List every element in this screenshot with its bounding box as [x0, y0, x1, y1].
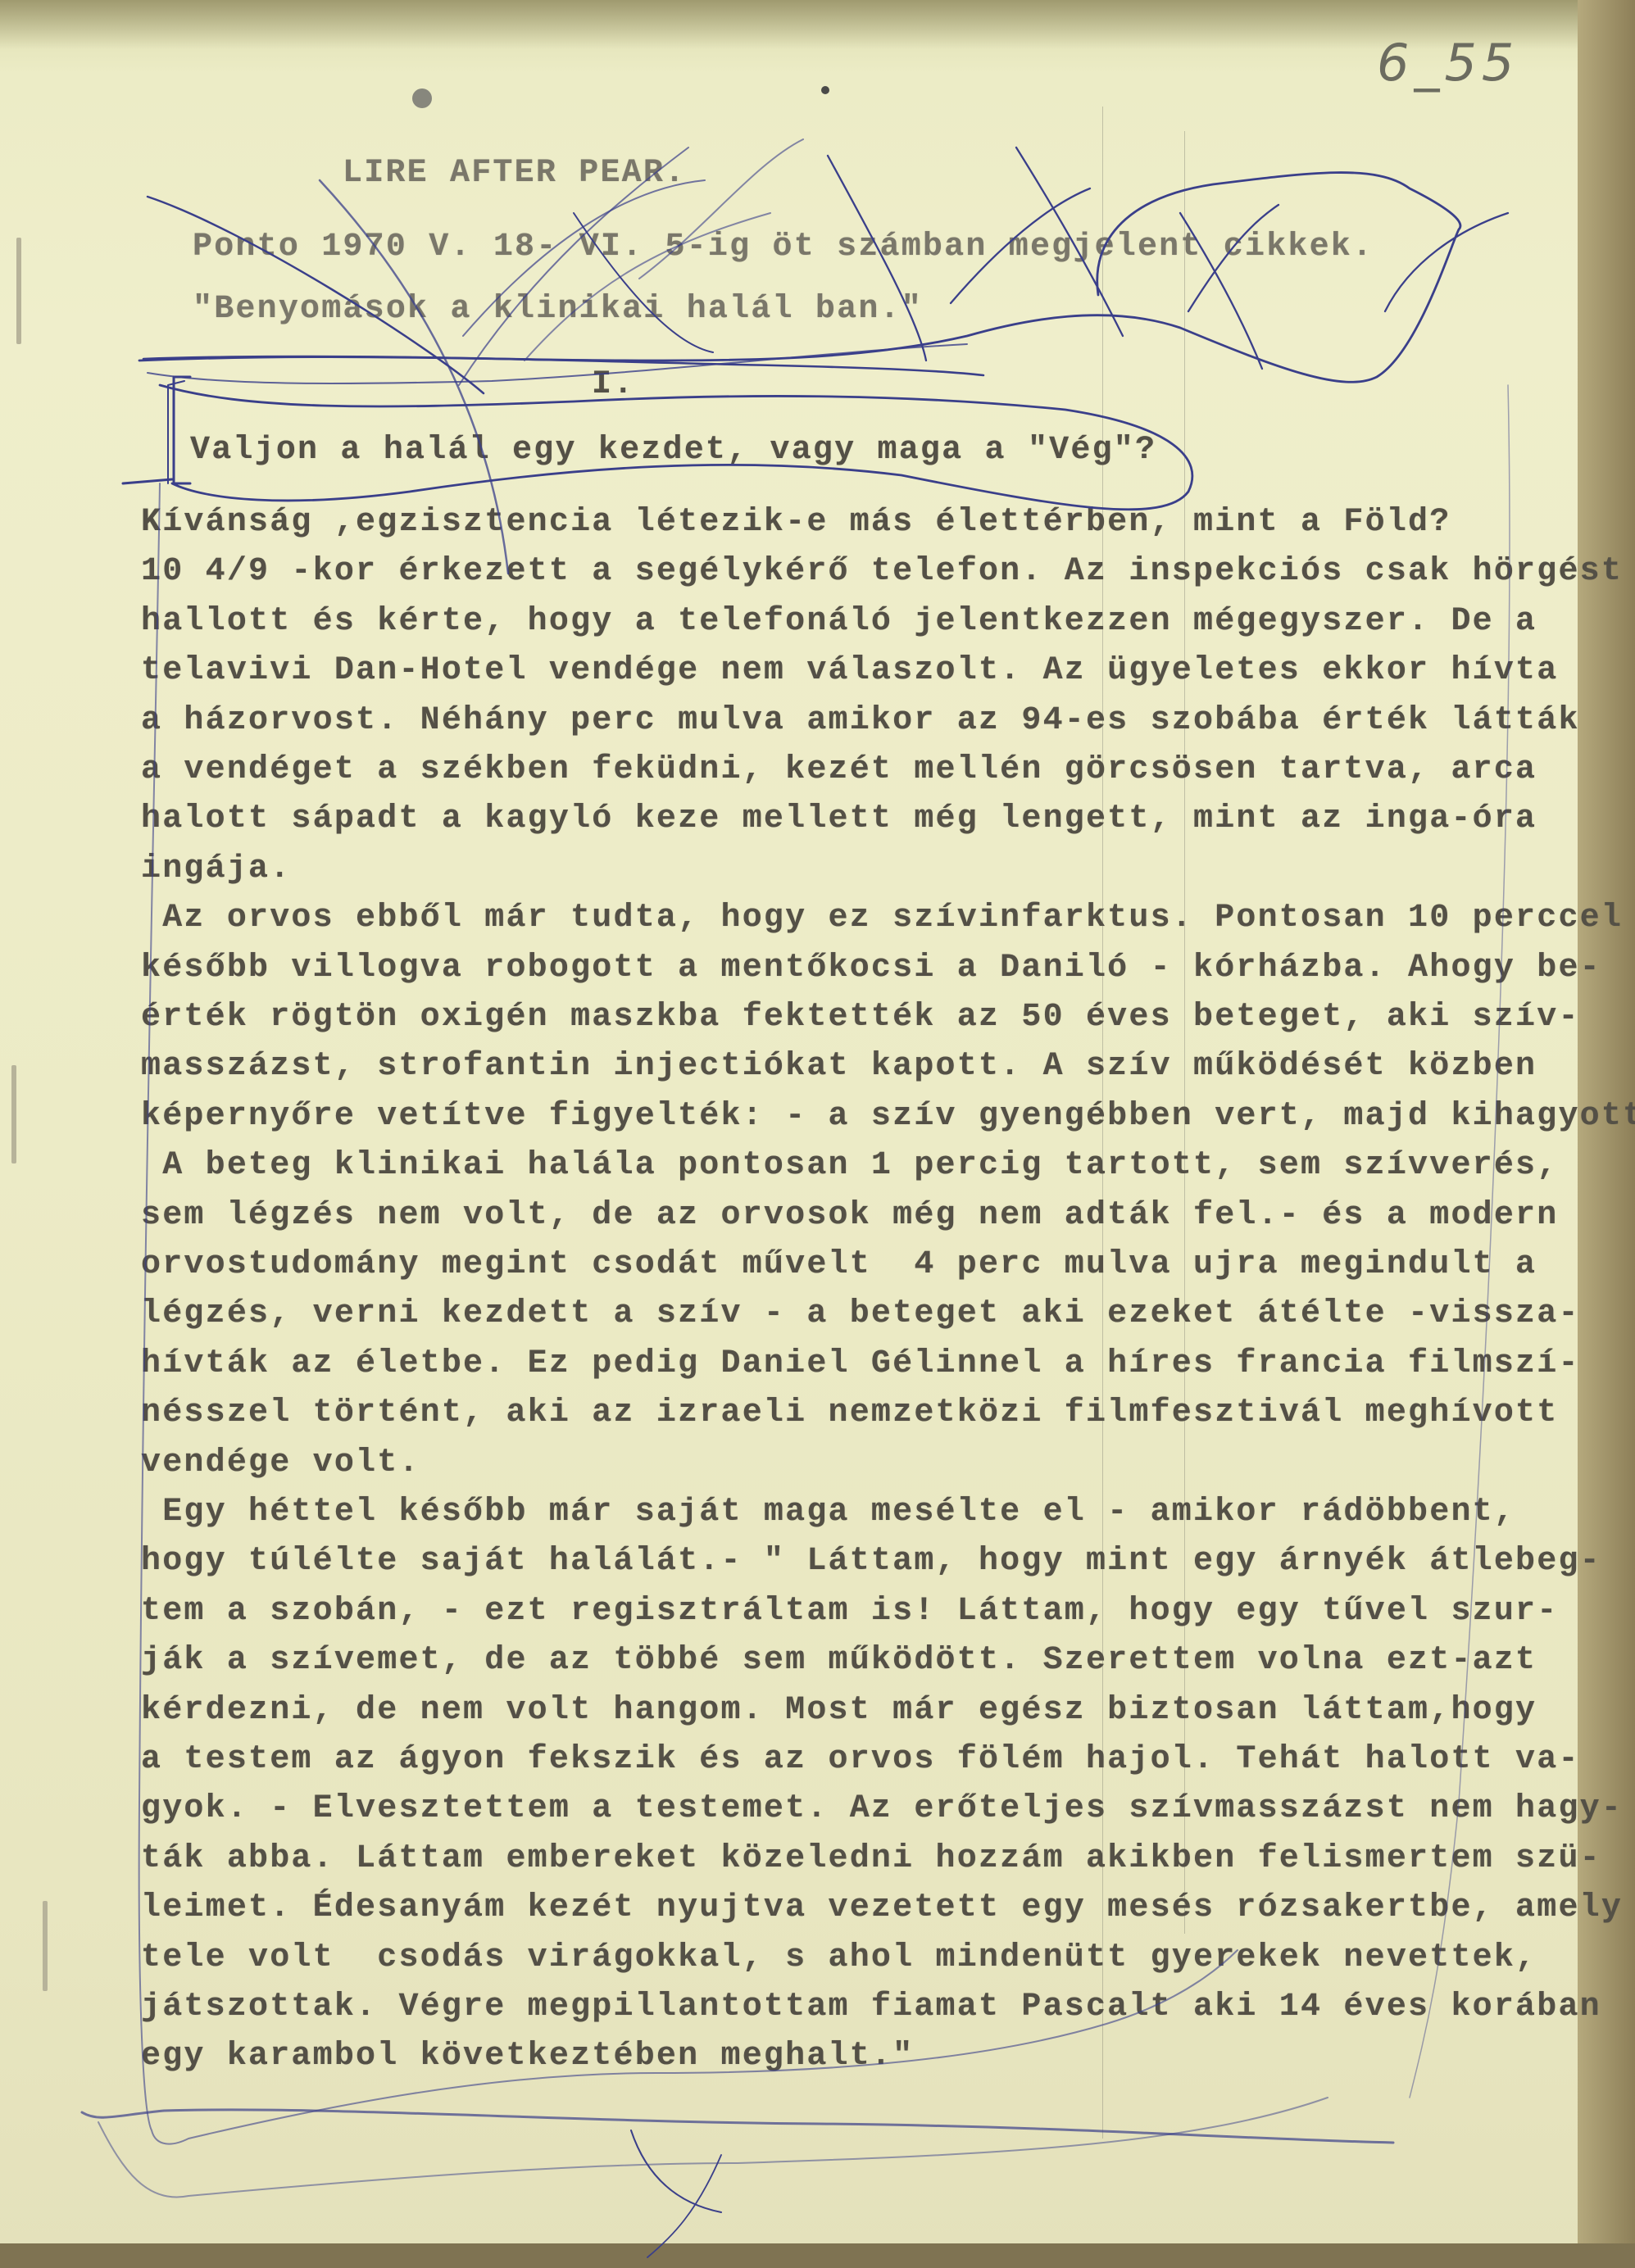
cross-out-stroke — [525, 213, 770, 361]
cross-mark — [631, 2130, 721, 2212]
cross-out-stroke — [1188, 205, 1278, 311]
cross-out-stroke — [320, 180, 508, 574]
cross-out-stroke — [828, 156, 926, 361]
cross-mark — [647, 2155, 721, 2257]
body-enclosing-line — [139, 483, 1238, 2144]
cross-out-stroke — [951, 188, 1090, 303]
bracket-arrow — [123, 479, 172, 483]
underline-band — [148, 344, 967, 383]
closing-line — [82, 2110, 1393, 2143]
bracket-mark — [168, 381, 184, 483]
circle-around-question — [160, 385, 1192, 510]
body-enclosing-line — [1410, 385, 1510, 2098]
closing-line — [98, 2098, 1328, 2198]
cross-out-stroke — [463, 180, 705, 336]
ink-annotations — [0, 0, 1635, 2268]
cross-out-stroke — [639, 139, 803, 279]
ink-dot — [821, 86, 829, 94]
enclosing-loop — [139, 173, 1460, 383]
cross-out-stroke — [148, 197, 484, 393]
underline-band — [143, 356, 983, 375]
ink-blot — [412, 88, 432, 108]
